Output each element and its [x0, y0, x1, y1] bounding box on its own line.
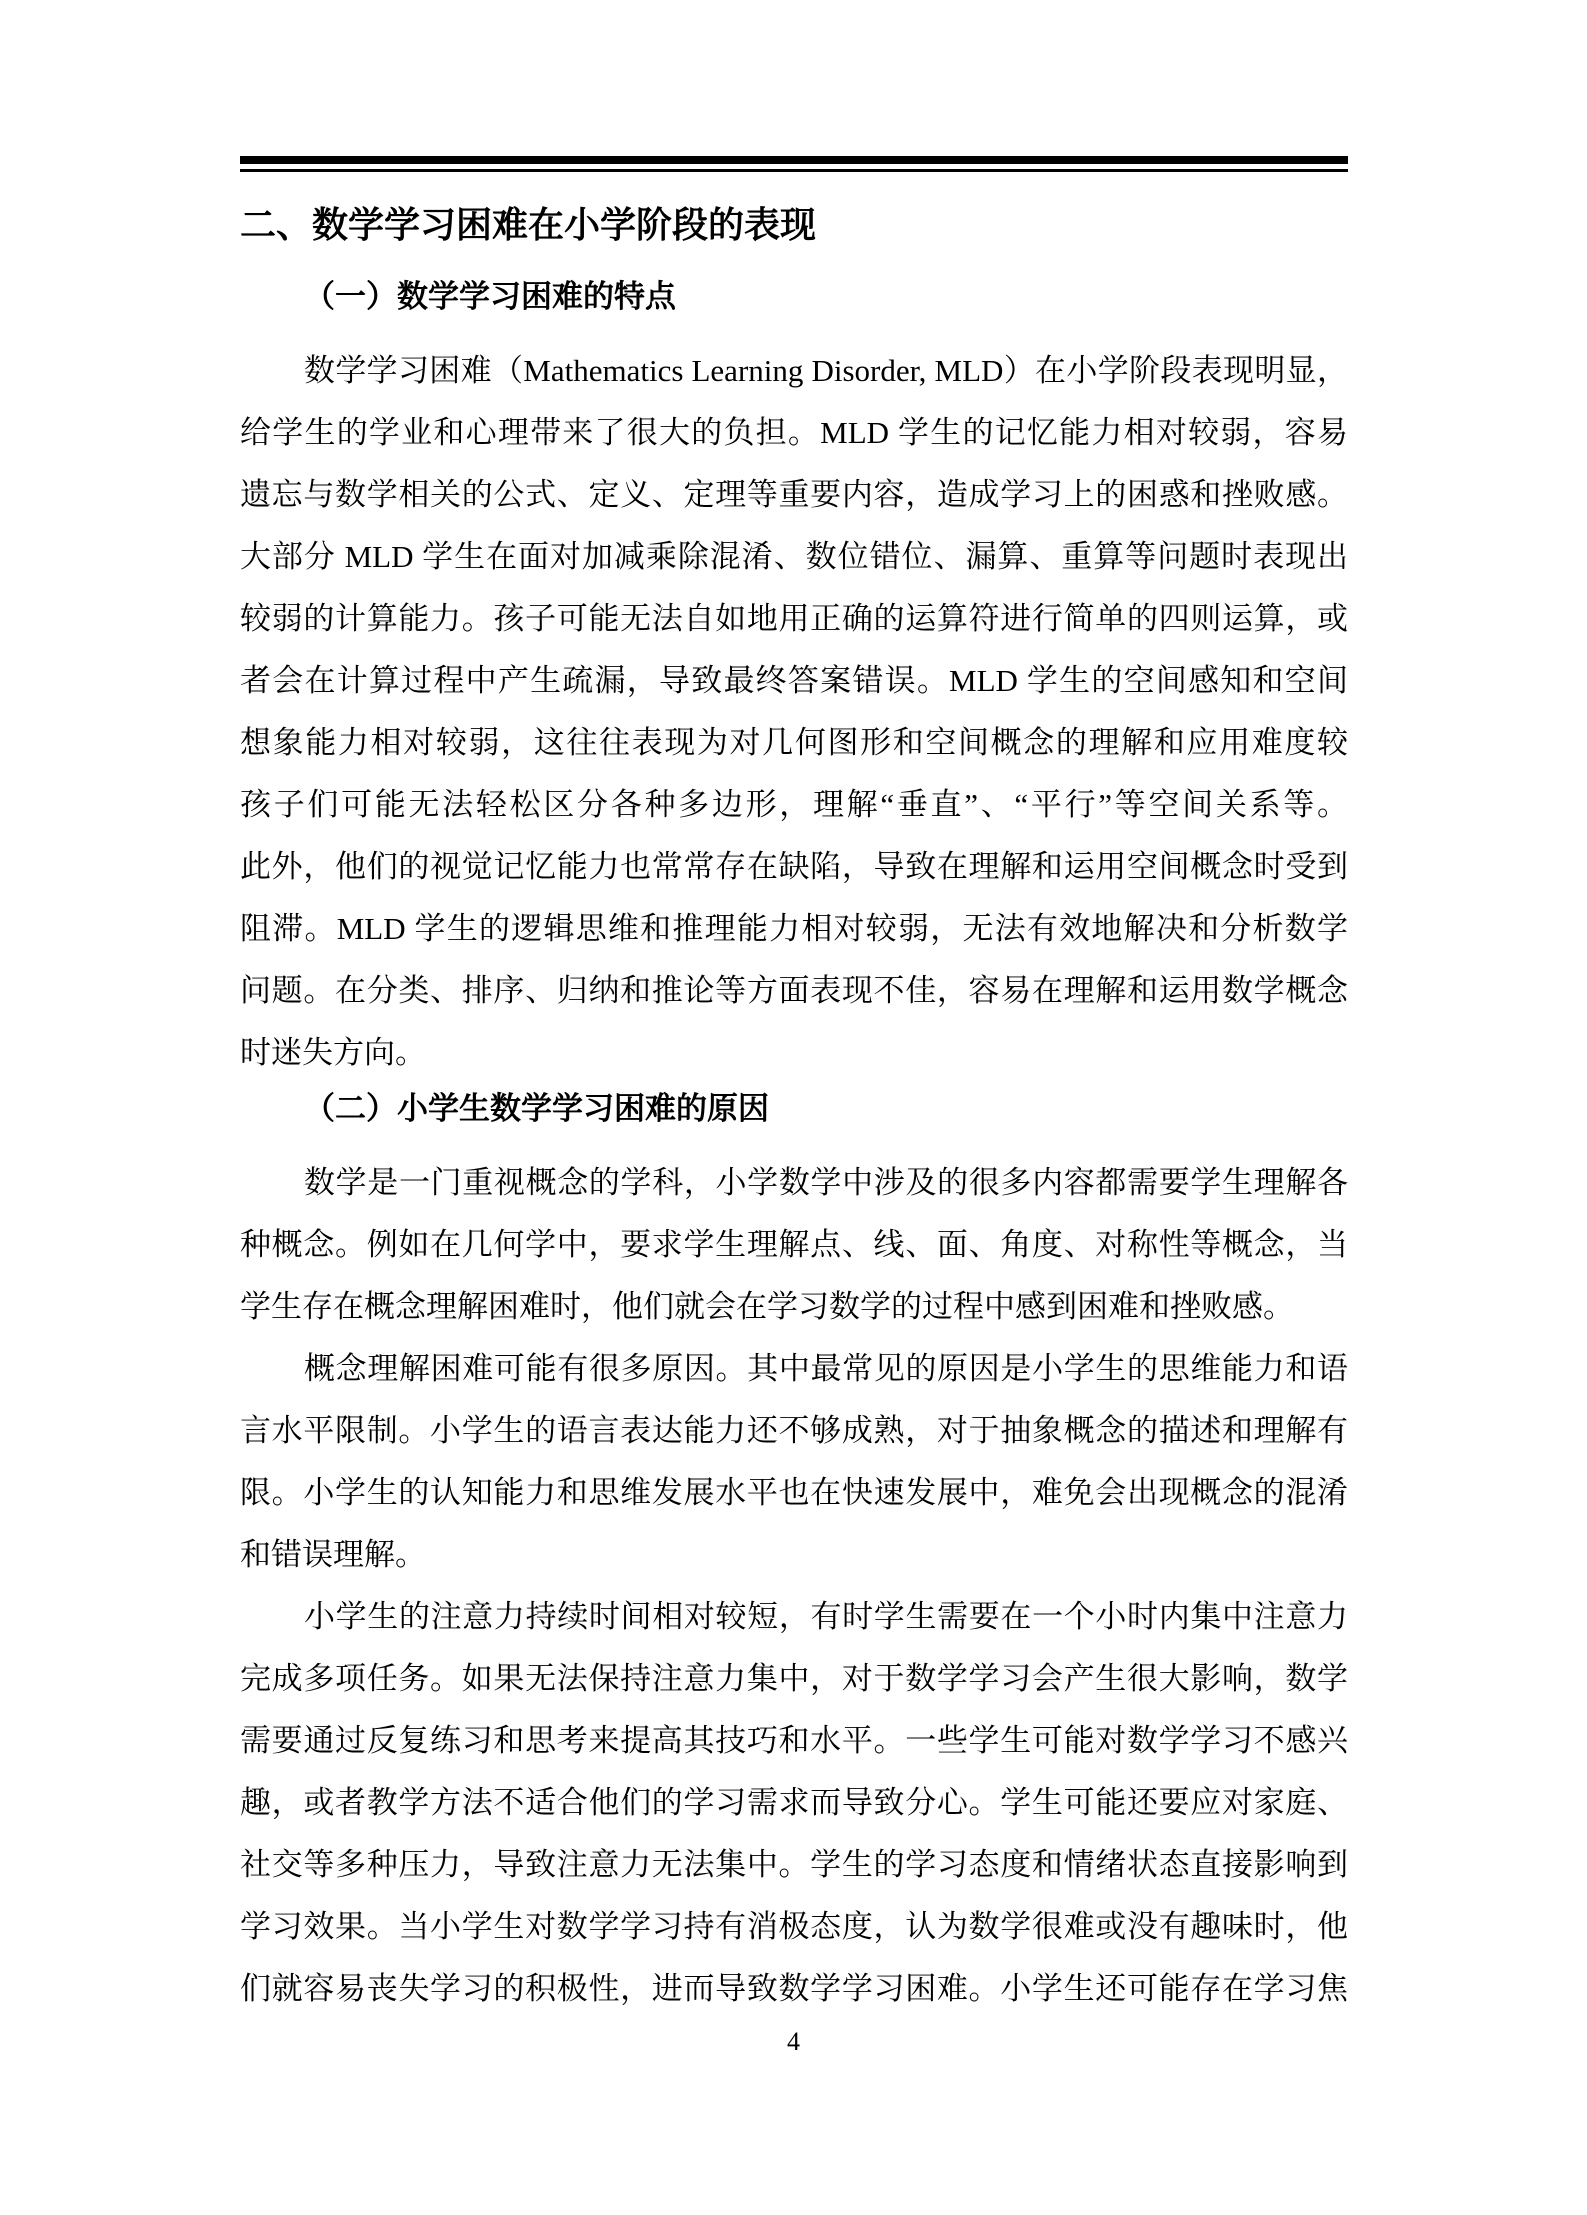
- section-2-heading: （二）小学生数学学习困难的原因: [240, 1084, 1348, 1134]
- chapter-heading: 二、数学学习困难在小学阶段的表现: [240, 200, 1348, 250]
- document-body: 二、数学学习困难在小学阶段的表现 （一）数学学习困难的特点 数学学习困难（Mat…: [240, 200, 1348, 2020]
- paragraph-line: 完成多项任务。如果无法保持注意力集中，对于数学学习会产生很大影响，数学: [240, 1648, 1348, 1710]
- paragraph-line: 此外，他们的视觉记忆能力也常常存在缺陷，导致在理解和运用空间概念时受到: [240, 836, 1348, 898]
- section-1-heading: （一）数学学习困难的特点: [240, 272, 1348, 322]
- paragraph-line: 需要通过反复练习和思考来提高其技巧和水平。一些学生可能对数学学习不感兴: [240, 1710, 1348, 1772]
- paragraph-line: 孩子们可能无法轻松区分各种多边形，理解“垂直”、“平行”等空间关系等。: [240, 774, 1348, 836]
- section-2-paragraph-1: 数学是一门重视概念的学科，小学数学中涉及的很多内容都需要学生理解各 种概念。例如…: [240, 1152, 1348, 1338]
- section-1-paragraph-1: 数学学习困难（Mathematics Learning Disorder, ML…: [240, 340, 1348, 1084]
- paragraph-line: 和错误理解。: [240, 1524, 1348, 1586]
- header-divider: [240, 156, 1348, 172]
- paragraph-line: 数学是一门重视概念的学科，小学数学中涉及的很多内容都需要学生理解各: [240, 1152, 1348, 1214]
- document-page: 二、数学学习困难在小学阶段的表现 （一）数学学习困难的特点 数学学习困难（Mat…: [0, 0, 1587, 2215]
- paragraph-line: 遗忘与数学相关的公式、定义、定理等重要内容，造成学习上的困惑和挫败感。: [240, 464, 1348, 526]
- paragraph-line: 种概念。例如在几何学中，要求学生理解点、线、面、角度、对称性等概念，当: [240, 1214, 1348, 1276]
- paragraph-line: 概念理解困难可能有很多原因。其中最常见的原因是小学生的思维能力和语: [240, 1338, 1348, 1400]
- paragraph-line: 较弱的计算能力。孩子可能无法自如地用正确的运算符进行简单的四则运算，或: [240, 588, 1348, 650]
- paragraph-line: 言水平限制。小学生的语言表达能力还不够成熟，对于抽象概念的描述和理解有: [240, 1400, 1348, 1462]
- paragraph-line: 们就容易丧失学习的积极性，进而导致数学学习困难。小学生还可能存在学习焦: [240, 1958, 1348, 2020]
- paragraph-line: 限。小学生的认知能力和思维发展水平也在快速发展中，难免会出现概念的混淆: [240, 1462, 1348, 1524]
- paragraph-line: 时迷失方向。: [240, 1022, 1348, 1084]
- paragraph-line: 学习效果。当小学生对数学学习持有消极态度，认为数学很难或没有趣味时，他: [240, 1896, 1348, 1958]
- page-number: 4: [0, 2024, 1587, 2060]
- paragraph-line: 给学生的学业和心理带来了很大的负担。MLD 学生的记忆能力相对较弱，容易: [240, 402, 1348, 464]
- paragraph-line: 阻滞。MLD 学生的逻辑思维和推理能力相对较弱，无法有效地解决和分析数学: [240, 898, 1348, 960]
- section-2-paragraph-3: 小学生的注意力持续时间相对较短，有时学生需要在一个小时内集中注意力 完成多项任务…: [240, 1586, 1348, 2020]
- paragraph-line: 者会在计算过程中产生疏漏，导致最终答案错误。MLD 学生的空间感知和空间: [240, 650, 1348, 712]
- section-2-paragraph-2: 概念理解困难可能有很多原因。其中最常见的原因是小学生的思维能力和语 言水平限制。…: [240, 1338, 1348, 1586]
- paragraph-line: 大部分 MLD 学生在面对加减乘除混淆、数位错位、漏算、重算等问题时表现出: [240, 526, 1348, 588]
- paragraph-line: 小学生的注意力持续时间相对较短，有时学生需要在一个小时内集中注意力: [240, 1586, 1348, 1648]
- paragraph-line: 学生存在概念理解困难时，他们就会在学习数学的过程中感到困难和挫败感。: [240, 1276, 1348, 1338]
- paragraph-line: 社交等多种压力，导致注意力无法集中。学生的学习态度和情绪状态直接影响到: [240, 1834, 1348, 1896]
- paragraph-line: 问题。在分类、排序、归纳和推论等方面表现不佳，容易在理解和运用数学概念: [240, 960, 1348, 1022]
- paragraph-line: 趣，或者教学方法不适合他们的学习需求而导致分心。学生可能还要应对家庭、: [240, 1772, 1348, 1834]
- paragraph-line: 想象能力相对较弱，这往往表现为对几何图形和空间概念的理解和应用难度较大。: [240, 712, 1348, 774]
- paragraph-line: 数学学习困难（Mathematics Learning Disorder, ML…: [240, 340, 1348, 402]
